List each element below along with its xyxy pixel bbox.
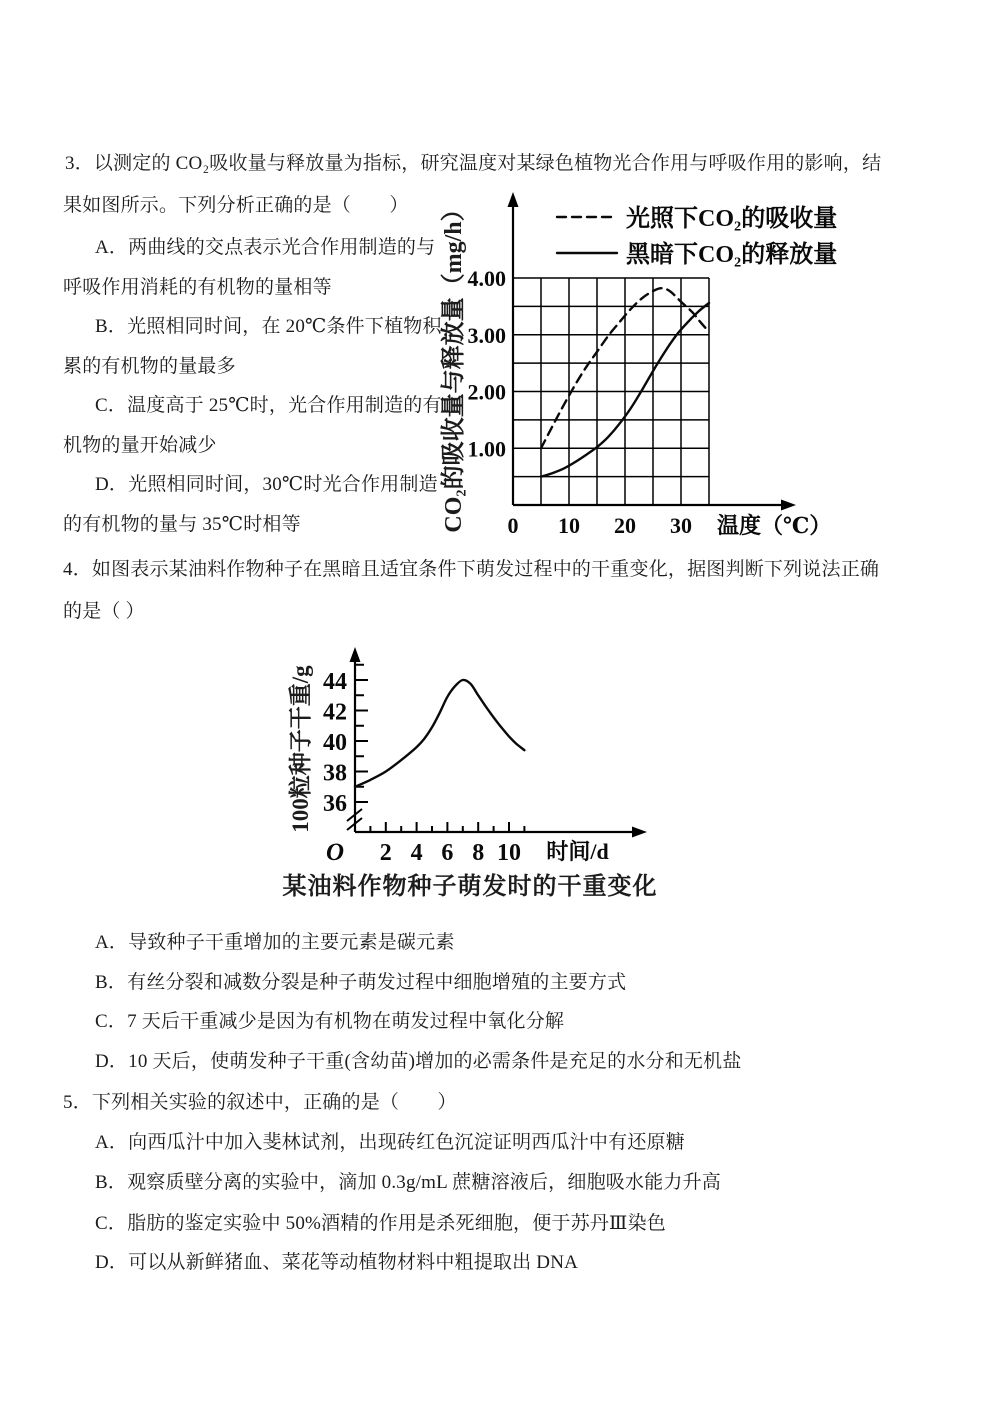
chart1-plot: 1.002.003.004.000102030温度（℃）光照下CO₂的吸收量黑暗… [465, 183, 980, 543]
q4-option-c: C．7 天后干重减少是因为有机物在萌发过程中氧化分解 [95, 1008, 564, 1035]
q5-option-d: D．可以从新鲜猪血、菜花等动植物材料中粗提取出 DNA [95, 1249, 578, 1276]
x-axis-label: 温度（℃） [717, 513, 831, 538]
chart2-caption: 某油料作物种子萌发时的干重变化 [268, 866, 672, 901]
q3-option-b-line-2: 累的有机物的量最多 [63, 353, 236, 380]
co2-temperature-chart: CO₂的吸收量与释放量（mg/h） 1.002.003.004.00010203… [425, 183, 980, 543]
y-tick-label: 3.00 [468, 323, 507, 348]
q5-option-c: C．脂肪的鉴定实验中 50%酒精的作用是杀死细胞，便于苏丹Ⅲ染色 [95, 1210, 666, 1237]
x-tick-label: 10 [558, 513, 580, 538]
y-tick-label: 2.00 [468, 380, 507, 405]
x-tick-label: 2 [380, 840, 392, 866]
x-tick-label: 6 [441, 840, 453, 866]
origin-label: O [326, 839, 344, 866]
y-tick-label: 38 [323, 761, 347, 787]
q4-option-a: A．导致种子干重增加的主要元素是碳元素 [95, 929, 455, 956]
x-axis-label: 时间/d [546, 839, 608, 864]
legend-label: 黑暗下CO₂的释放量 [626, 240, 837, 268]
x-tick-label: 10 [497, 840, 521, 866]
legend-label: 光照下CO₂的吸收量 [626, 205, 837, 232]
q4-option-b: B．有丝分裂和减数分裂是种子萌发过程中细胞增殖的主要方式 [95, 969, 626, 996]
x-axis-arrow-icon [781, 500, 796, 511]
chart2-plot: 3638404244246810O时间/d [318, 638, 688, 868]
y-tick-label: 44 [323, 669, 347, 695]
q5-option-a: A．向西瓜汁中加入斐林试剂，出现砖红色沉淀证明西瓜汁中有还原糖 [95, 1129, 685, 1156]
y-axis-arrow-icon [350, 647, 361, 662]
question-4-line-2: 的是（ ） [63, 598, 145, 625]
x-tick-label: 4 [411, 840, 423, 866]
x-tick-label: 20 [614, 513, 636, 538]
y-tick-label: 40 [323, 730, 347, 756]
y-tick-label: 42 [323, 700, 347, 726]
q3-option-d-line-1: D．光照相同时间，30℃时光合作用制造 [95, 471, 438, 498]
q3-option-a-line-1: A．两曲线的交点表示光合作用制造的与 [95, 234, 435, 261]
q3-option-b-line-1: B．光照相同时间，在 20℃条件下植物积 [95, 313, 442, 340]
exam-page: 3．以测定的 CO₂吸收量与释放量为指标，研究温度对某绿色植物光合作用与呼吸作用… [0, 0, 991, 1401]
question-3-line-1: 3．以测定的 CO₂吸收量与释放量为指标，研究温度对某绿色植物光合作用与呼吸作用… [65, 150, 881, 177]
data-curve [355, 680, 524, 787]
q3-option-d-line-2: 的有机物的量与 35℃时相等 [63, 511, 301, 538]
question-3-line-2: 果如图所示。下列分析正确的是（ ） [63, 192, 409, 219]
chart1-y-axis-label: CO₂的吸收量与释放量（mg/h） [433, 190, 463, 540]
q4-option-d: D．10 天后，使萌发种子干重(含幼苗)增加的必需条件是充足的水分和无机盐 [95, 1048, 742, 1075]
y-tick-label: 36 [323, 791, 347, 817]
question-4-line-1: 4．如图表示某油料作物种子在黑暗且适宜条件下萌发过程中的干重变化，据图判断下列说… [63, 556, 879, 583]
x-axis-arrow-icon [632, 827, 647, 838]
y-tick-label: 4.00 [468, 266, 507, 291]
q3-option-c-line-2: 机物的量开始减少 [63, 432, 217, 459]
y-axis-arrow-icon [508, 192, 519, 207]
seed-dry-weight-chart: 100粒种子干重/g 3638404244246810O时间/d [268, 638, 688, 868]
question-5-line-1: 5．下列相关实验的叙述中，正确的是（ ） [63, 1089, 457, 1116]
q5-option-b: B．观察质壁分离的实验中，滴加 0.3g/mL 蔗糖溶液后，细胞吸水能力升高 [95, 1169, 721, 1196]
x-tick-label: 8 [472, 840, 484, 866]
chart2-y-axis-label: 100粒种子干重/g [282, 654, 310, 844]
y-tick-label: 1.00 [468, 436, 507, 461]
x-tick-label: 0 [508, 513, 519, 538]
q3-option-a-line-2: 呼吸作用消耗的有机物的量相等 [63, 274, 332, 301]
x-tick-label: 30 [670, 513, 692, 538]
q3-option-c-line-1: C．温度高于 25℃时，光合作用制造的有 [95, 392, 442, 419]
